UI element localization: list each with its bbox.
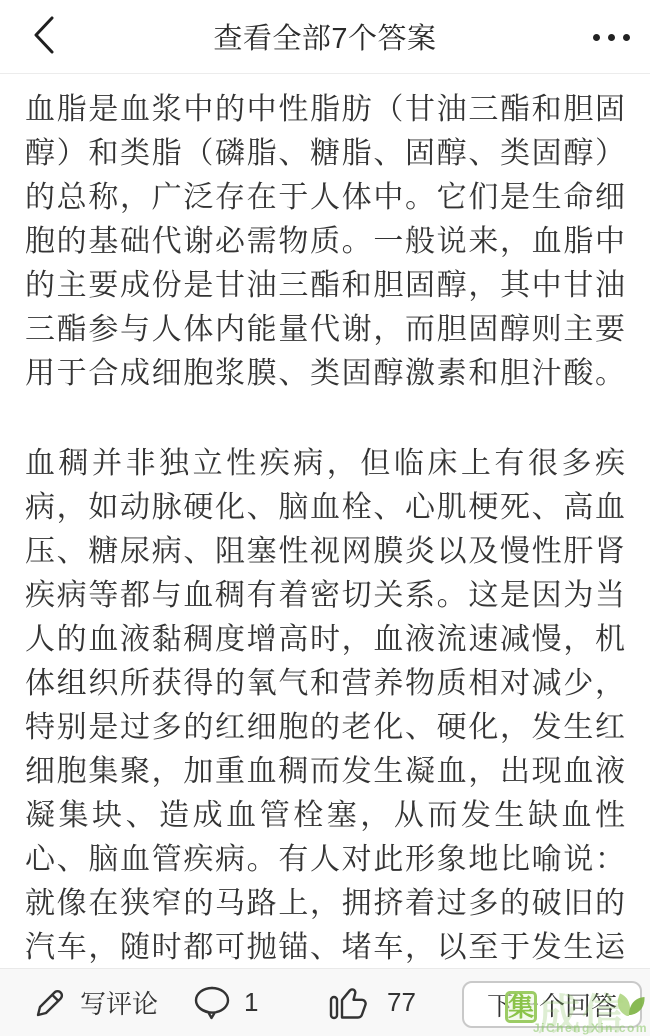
text-line: 压、糖尿病、阻塞性视网膜炎以及慢性肝肾 bbox=[25, 530, 625, 574]
thumbs-up-icon bbox=[328, 985, 374, 1021]
bottom-action-bar: 写评论 1 77 下一个回答 bbox=[0, 968, 650, 1036]
answer-body-scroll-area[interactable]: 血脂是血浆中的中性脂肪（甘油三酯和胆固醇）和类脂（磷脂、糖脂、固醇、类固醇）的总… bbox=[0, 75, 650, 1036]
answer-detail-screen: 查看全部7个答案 血脂是血浆中的中性脂肪（甘油三酯和胆固醇）和类脂（磷脂、糖脂、… bbox=[0, 0, 650, 1036]
text-line: 细胞集聚，加重血稠而发生凝血，出现血液 bbox=[25, 750, 625, 794]
text-line: 特别是过多的红细胞的老化、硬化，发生红 bbox=[25, 706, 625, 750]
like-count: 77 bbox=[387, 987, 416, 1018]
text-line: 病，如动脉硬化、脑血栓、心肌梗死、高血 bbox=[25, 486, 625, 530]
write-comment-label: 写评论 bbox=[80, 984, 158, 1021]
more-menu-button[interactable] bbox=[574, 18, 630, 56]
text-line: 血稠并非独立性疾病，但临床上有很多疾 bbox=[25, 442, 625, 486]
text-line: 醇）和类脂（磷脂、糖脂、固醇、类固醇） bbox=[25, 132, 625, 176]
comment-count: 1 bbox=[244, 987, 258, 1018]
text-line: 凝集块、造成血管栓塞，从而发生缺血性 bbox=[25, 794, 625, 838]
write-comment-button[interactable]: 写评论 bbox=[33, 969, 158, 1036]
more-dots-icon bbox=[623, 34, 630, 41]
answer-paragraph: 血脂是血浆中的中性脂肪（甘油三酯和胆固醇）和类脂（磷脂、糖脂、固醇、类固醇）的总… bbox=[25, 88, 625, 396]
text-line: 三酯参与人体内能量代谢，而胆固醇则主要 bbox=[25, 308, 625, 352]
text-line: 的主要成份是甘油三酯和胆固醇，其中甘油 bbox=[25, 264, 625, 308]
text-line: 体组织所获得的氧气和营养物质相对减少， bbox=[25, 662, 625, 706]
text-line: 就像在狭窄的马路上，拥挤着过多的破旧的 bbox=[25, 882, 625, 926]
text-line: 的总称，广泛存在于人体中。它们是生命细 bbox=[25, 176, 625, 220]
text-line: 血脂是血浆中的中性脂肪（甘油三酯和胆固 bbox=[25, 88, 625, 132]
pencil-icon bbox=[33, 986, 67, 1020]
text-line: 胞的基础代谢必需物质。一般说来，血脂中 bbox=[25, 220, 625, 264]
answer-paragraph: 血稠并非独立性疾病，但临床上有很多疾病，如动脉硬化、脑血栓、心肌梗死、高血压、糖… bbox=[25, 442, 625, 970]
chevron-left-icon bbox=[31, 14, 57, 61]
text-line: 汽车，随时都可抛锚、堵车，以至于发生运 bbox=[25, 926, 625, 970]
speech-bubble-icon bbox=[193, 985, 231, 1021]
more-dots-icon bbox=[593, 34, 600, 41]
text-line: 用于合成细胞浆膜、类固醇激素和胆汁酸。 bbox=[25, 352, 625, 396]
back-button[interactable] bbox=[18, 10, 70, 64]
like-button[interactable]: 77 bbox=[328, 969, 416, 1036]
next-answer-label: 下一个回答 bbox=[487, 986, 617, 1023]
more-dots-icon bbox=[608, 34, 615, 41]
text-line: 疾病等都与血稠有着密切关系。这是因为当 bbox=[25, 574, 625, 618]
next-answer-button[interactable]: 下一个回答 bbox=[462, 981, 642, 1028]
top-nav-bar: 查看全部7个答案 bbox=[0, 0, 650, 74]
text-line: 人的血液黏稠度增高时，血液流速减慢，机 bbox=[25, 618, 625, 662]
text-line: 心、脑血管疾病。有人对此形象地比喻说： bbox=[25, 838, 625, 882]
comment-count-button[interactable]: 1 bbox=[193, 969, 258, 1036]
page-title: 查看全部7个答案 bbox=[213, 16, 436, 57]
